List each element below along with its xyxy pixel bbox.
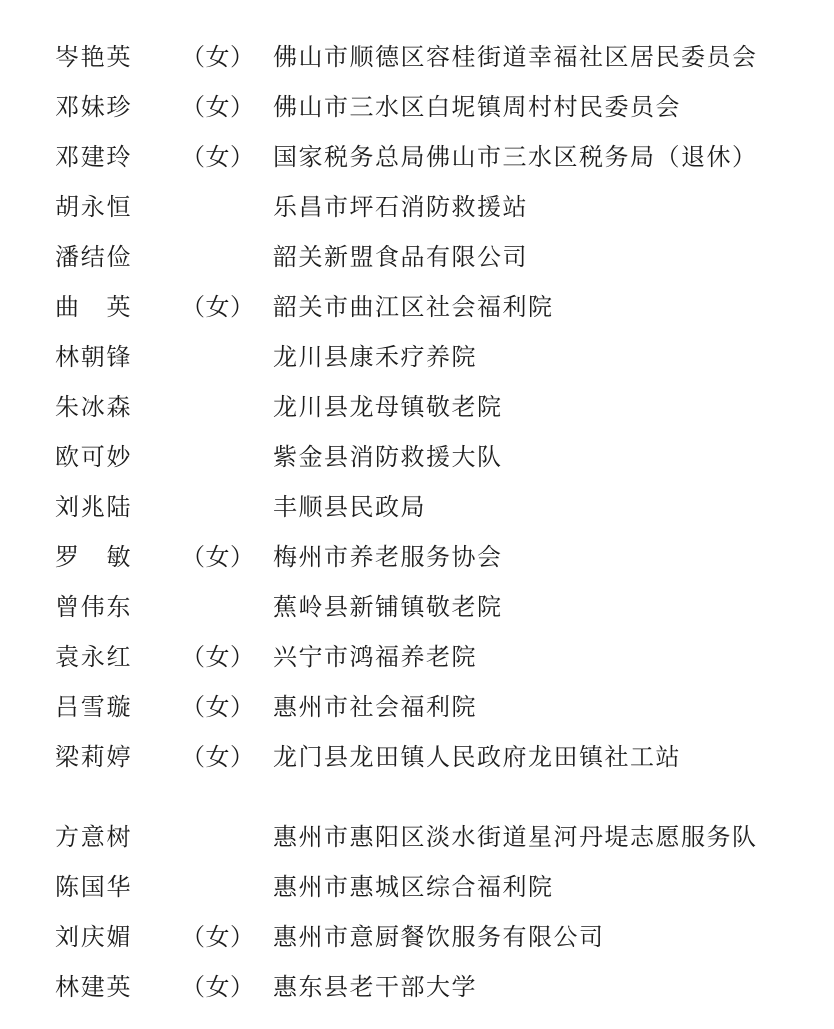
- list-item: 罗敏 （女） 梅州市养老服务协会: [0, 533, 834, 583]
- document-page: 岑艳英 （女） 佛山市顺德区容桂街道幸福社区居民委员会 邓妹珍 （女） 佛山市三…: [0, 0, 834, 1029]
- organization-name: 乐昌市坪石消防救援站: [273, 196, 528, 220]
- organization-name: 韶关市曲江区社会福利院: [273, 296, 554, 320]
- person-name: 林朝锋: [55, 346, 131, 370]
- person-name: 朱冰森: [55, 396, 131, 420]
- organization-name: 国家税务总局佛山市三水区税务局（退休）: [273, 146, 758, 170]
- list-item: 方意树 惠州市惠阳区淡水街道星河丹堤志愿服务队: [0, 813, 834, 863]
- gender-label: （女）: [181, 696, 273, 720]
- gender-label: （女）: [181, 746, 273, 770]
- organization-name: 韶关新盟食品有限公司: [273, 246, 528, 270]
- organization-name: 兴宁市鸿福养老院: [273, 646, 477, 670]
- organization-name: 蕉岭县新铺镇敬老院: [273, 596, 503, 620]
- person-name: 陈国华: [55, 876, 131, 900]
- list-item: 邓建玲 （女） 国家税务总局佛山市三水区税务局（退休）: [0, 133, 834, 183]
- person-name: 潘结俭: [55, 246, 131, 270]
- list-item: 刘庆媚 （女） 惠州市意厨餐饮服务有限公司: [0, 913, 834, 963]
- list-item: 梁莉婷 （女） 龙门县龙田镇人民政府龙田镇社工站: [0, 733, 834, 783]
- person-name: 岑艳英: [55, 46, 131, 70]
- person-name: 刘兆陆: [55, 496, 131, 520]
- organization-name: 惠州市惠城区综合福利院: [273, 876, 554, 900]
- organization-name: 佛山市三水区白坭镇周村村民委员会: [273, 96, 681, 120]
- person-name: 方意树: [55, 826, 131, 850]
- recipient-list: 岑艳英 （女） 佛山市顺德区容桂街道幸福社区居民委员会 邓妹珍 （女） 佛山市三…: [0, 33, 834, 1013]
- gender-label: （女）: [181, 646, 273, 670]
- list-item: 林建英 （女） 惠东县老干部大学: [0, 963, 834, 1013]
- organization-name: 龙川县龙母镇敬老院: [273, 396, 503, 420]
- organization-name: 佛山市顺德区容桂街道幸福社区居民委员会: [273, 46, 758, 70]
- organization-name: 龙门县龙田镇人民政府龙田镇社工站: [273, 746, 681, 770]
- organization-name: 丰顺县民政局: [273, 496, 426, 520]
- person-name: 曾伟东: [55, 596, 131, 620]
- person-name: 欧可妙: [55, 446, 131, 470]
- organization-name: 惠州市社会福利院: [273, 696, 477, 720]
- list-item: 曲英 （女） 韶关市曲江区社会福利院: [0, 283, 834, 333]
- gender-label: （女）: [181, 926, 273, 950]
- list-item: 邓妹珍 （女） 佛山市三水区白坭镇周村村民委员会: [0, 83, 834, 133]
- list-item: 刘兆陆 丰顺县民政局: [0, 483, 834, 533]
- person-name: 邓妹珍: [55, 96, 131, 120]
- gender-label: （女）: [181, 546, 273, 570]
- list-item: 胡永恒 乐昌市坪石消防救援站: [0, 183, 834, 233]
- organization-name: 紫金县消防救援大队: [273, 446, 503, 470]
- organization-name: 惠州市意厨餐饮服务有限公司: [273, 926, 605, 950]
- organization-name: 惠东县老干部大学: [273, 976, 477, 1000]
- gender-label: （女）: [181, 976, 273, 1000]
- person-name: 梁莉婷: [55, 746, 131, 770]
- person-name: 袁永红: [55, 646, 131, 670]
- list-item: 欧可妙 紫金县消防救援大队: [0, 433, 834, 483]
- organization-name: 龙川县康禾疗养院: [273, 346, 477, 370]
- list-item: 朱冰森 龙川县龙母镇敬老院: [0, 383, 834, 433]
- organization-name: 梅州市养老服务协会: [273, 546, 503, 570]
- gender-label: （女）: [181, 46, 273, 70]
- list-item: 袁永红 （女） 兴宁市鸿福养老院: [0, 633, 834, 683]
- list-item: 曾伟东 蕉岭县新铺镇敬老院: [0, 583, 834, 633]
- person-name: 吕雪璇: [55, 696, 131, 720]
- list-item: 吕雪璇 （女） 惠州市社会福利院: [0, 683, 834, 733]
- person-name: 罗敏: [55, 546, 131, 570]
- gender-label: （女）: [181, 296, 273, 320]
- person-name: 胡永恒: [55, 196, 131, 220]
- person-name: 林建英: [55, 976, 131, 1000]
- list-item: 岑艳英 （女） 佛山市顺德区容桂街道幸福社区居民委员会: [0, 33, 834, 83]
- person-name: 曲英: [55, 296, 131, 320]
- gender-label: （女）: [181, 96, 273, 120]
- person-name: 刘庆媚: [55, 926, 131, 950]
- list-item: 陈国华 惠州市惠城区综合福利院: [0, 863, 834, 913]
- gender-label: （女）: [181, 146, 273, 170]
- list-item: 林朝锋 龙川县康禾疗养院: [0, 333, 834, 383]
- person-name: 邓建玲: [55, 146, 131, 170]
- organization-name: 惠州市惠阳区淡水街道星河丹堤志愿服务队: [273, 826, 758, 850]
- list-item: 潘结俭 韶关新盟食品有限公司: [0, 233, 834, 283]
